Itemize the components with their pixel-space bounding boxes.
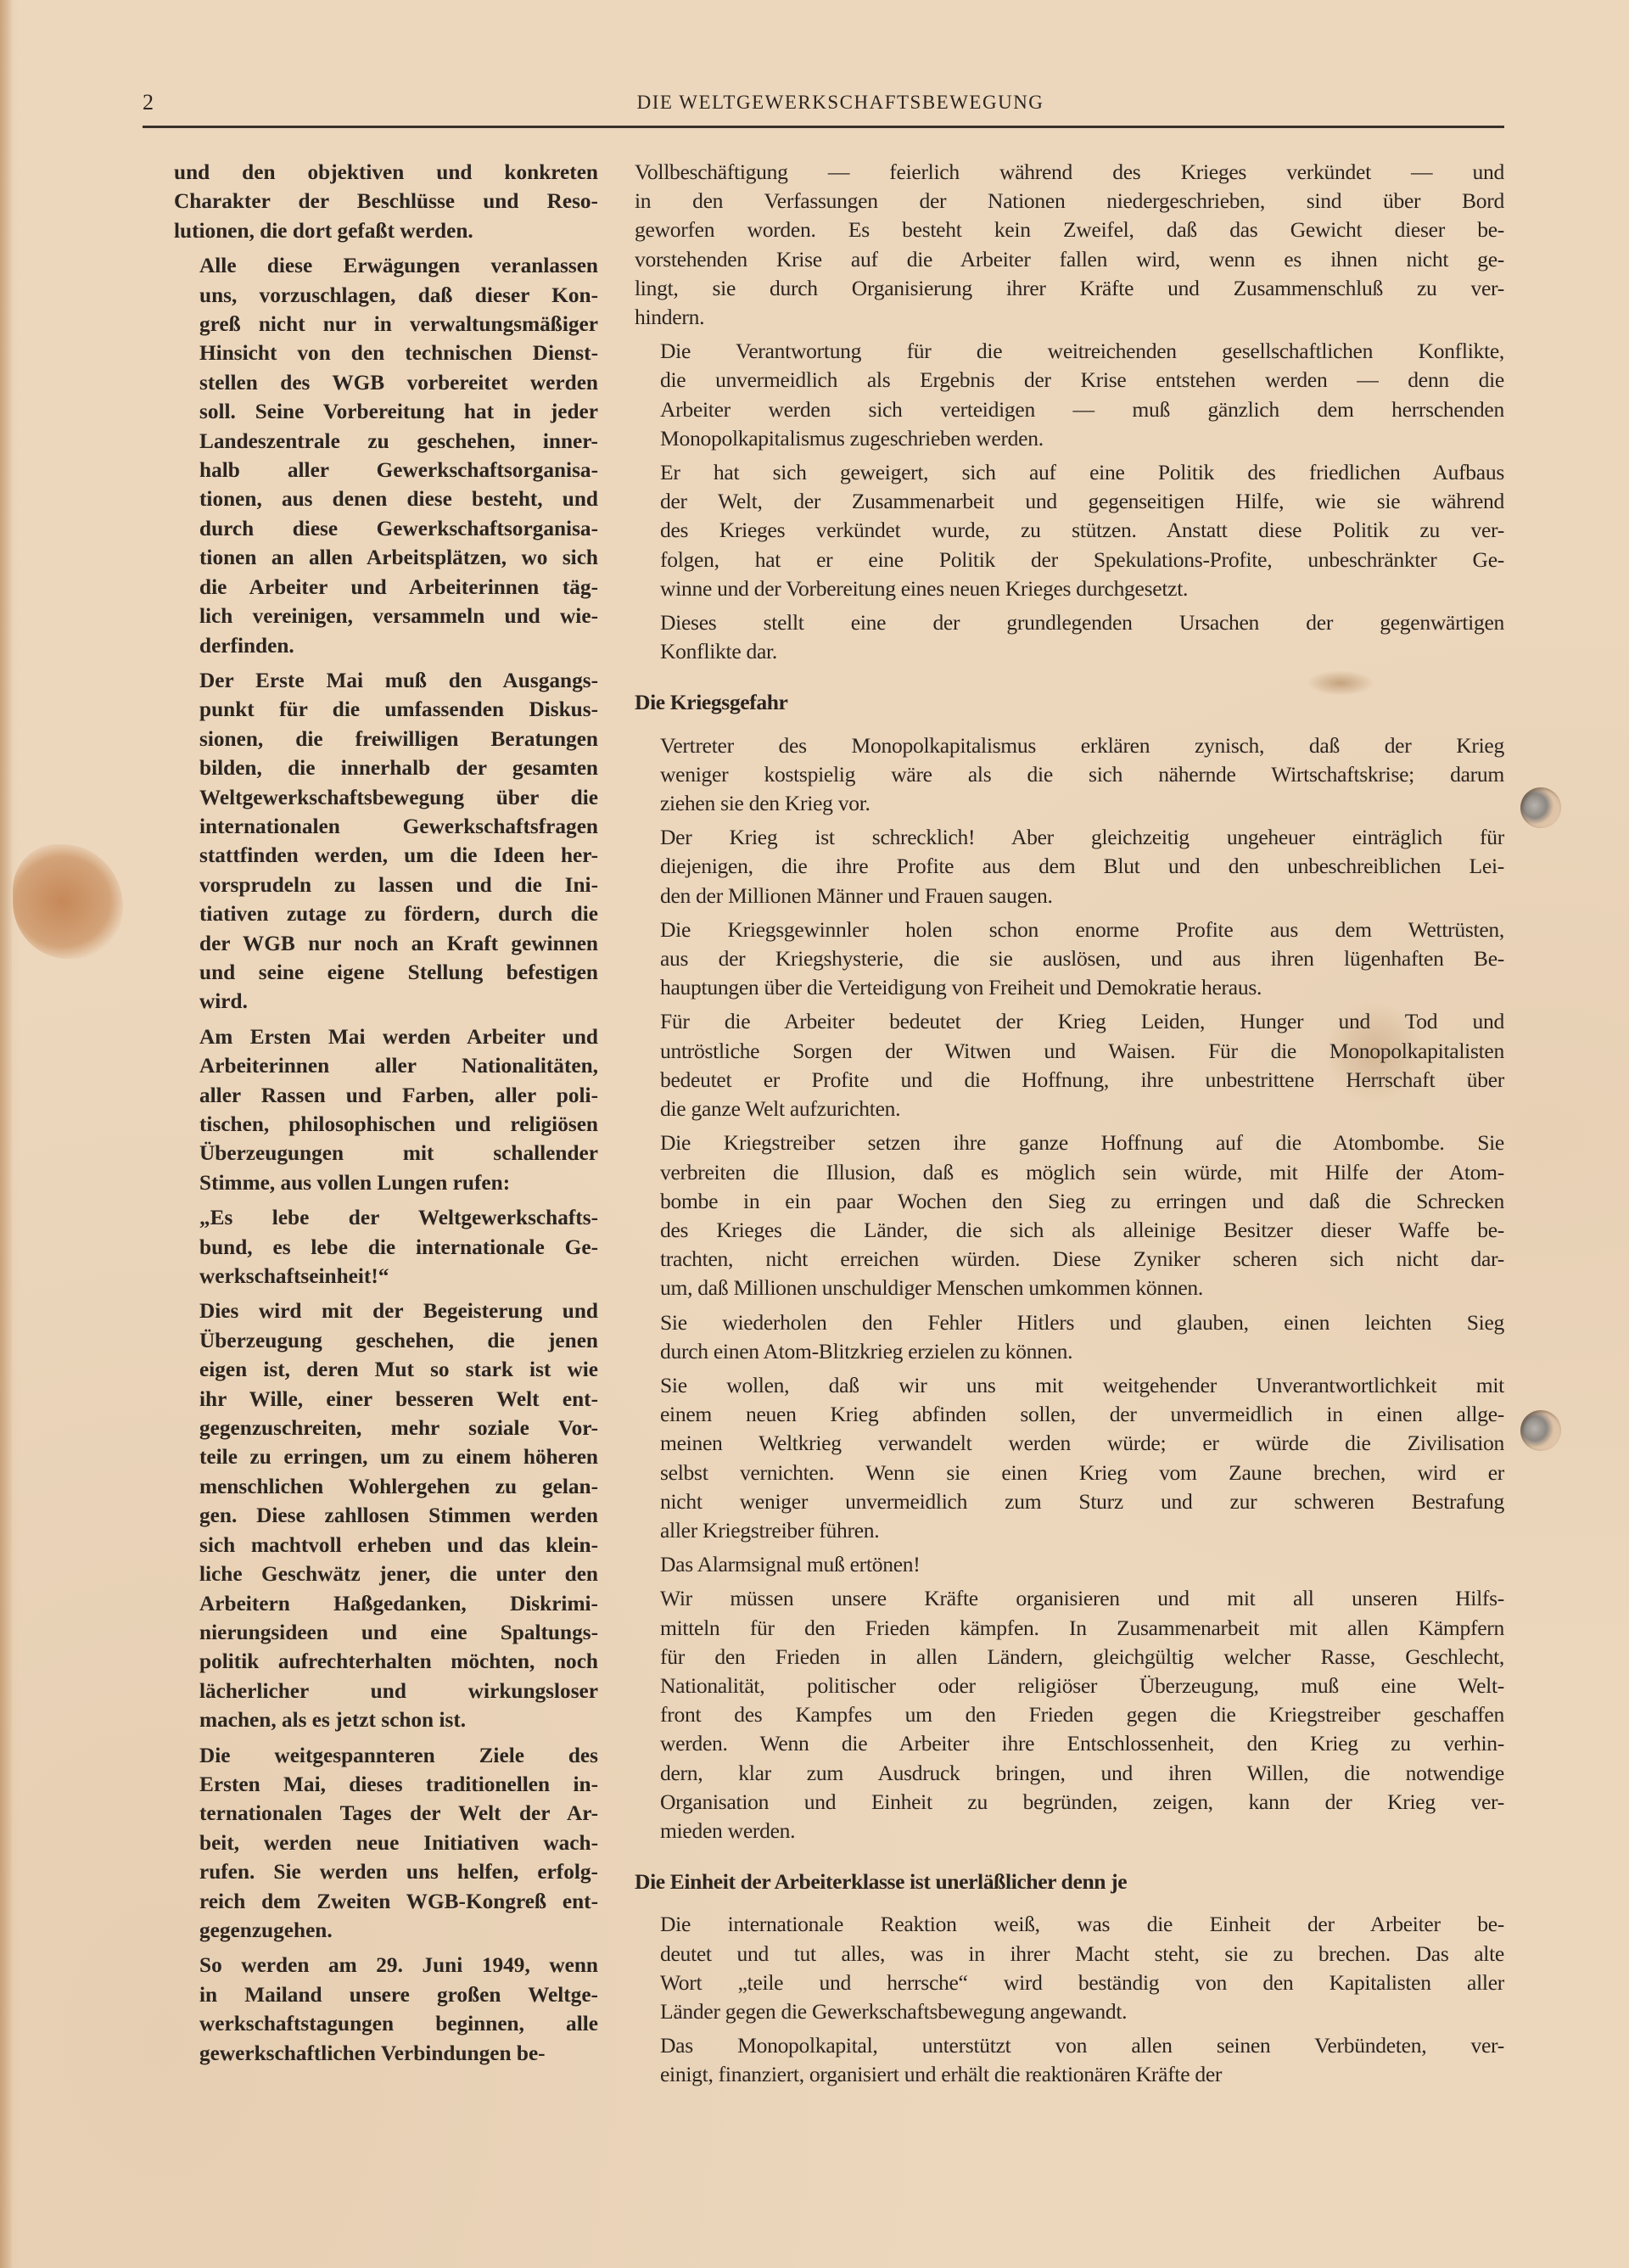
paragraph: So werden am 29. Juni 1949, wennin Maila…: [174, 1951, 598, 2068]
text-line: Überzeugungen mit schallender: [174, 1139, 598, 1168]
text-line: derfinden.: [174, 631, 598, 660]
paragraph: Für die Arbeiter bedeutet der Krieg Leid…: [635, 1007, 1504, 1123]
text-line: gewerkschaftlichen Verbindungen be-: [174, 2039, 598, 2068]
text-line: werden. Wenn die Arbeiter ihre Entschlos…: [635, 1729, 1504, 1758]
text-line: Die weitgespannteren Ziele des: [174, 1741, 598, 1770]
paragraph: und den objektiven und konkretenCharakte…: [174, 158, 598, 245]
text-line: Die Kriegsgewinnler holen schon enorme P…: [635, 916, 1504, 944]
paragraph: Die Verantwortung für die weitreichenden…: [635, 337, 1504, 453]
text-line: reich dem Zweiten WGB-Kongreß ent-: [174, 1887, 598, 1916]
text-line: der WGB nur noch an Kraft gewinnen: [174, 929, 598, 958]
paragraph: Vollbeschäftigung — feierlich während de…: [635, 158, 1504, 332]
text-line: beit, werden neue Initiativen wach-: [174, 1828, 598, 1857]
text-line: Die Verantwortung für die weitreichenden…: [635, 337, 1504, 366]
text-line: liche Geschwätz jener, die unter den: [174, 1560, 598, 1588]
text-line: tionen, aus denen diese besteht, und: [174, 484, 598, 513]
text-line: in den Verfassungen der Nationen niederg…: [635, 187, 1504, 216]
text-line: um, daß Millionen unschuldiger Menschen …: [635, 1274, 1504, 1302]
text-line: internationalen Gewerkschaftsfragen: [174, 812, 598, 841]
text-line: Nationalität, politischer oder religiöse…: [635, 1672, 1504, 1700]
text-line: Wort „teile und herrsche“ wird beständig…: [635, 1968, 1504, 1997]
text-line: Der Erste Mai muß den Ausgangs-: [174, 666, 598, 695]
text-line: teile zu erringen, um zu einem höheren: [174, 1442, 598, 1471]
text-line: hauptungen über die Verteidigung von Fre…: [635, 973, 1504, 1002]
text-line: Ersten Mai, dieses traditionellen in-: [174, 1770, 598, 1799]
text-line: Für die Arbeiter bedeutet der Krieg Leid…: [635, 1007, 1504, 1036]
text-line: Organisation und Einheit zu begründen, z…: [635, 1788, 1504, 1817]
text-line: bilden, die innerhalb der gesamten: [174, 753, 598, 782]
text-line: durch diese Gewerkschaftsorganisa-: [174, 514, 598, 543]
text-line: gegenzuschreiten, mehr soziale Vor-: [174, 1414, 598, 1442]
text-line: front des Kampfes um den Frieden gegen d…: [635, 1700, 1504, 1729]
text-line: stellen des WGB vorbereitet werden: [174, 368, 598, 397]
text-line: verbreiten die Illusion, daß es möglich …: [635, 1158, 1504, 1187]
text-line: machen, als es jetzt schon ist.: [174, 1705, 598, 1734]
paragraph: Das Alarmsignal muß ertönen!: [635, 1550, 1504, 1579]
text-line: Überzeugung geschehen, die jenen: [174, 1326, 598, 1355]
text-line: Konflikte dar.: [635, 637, 1504, 666]
text-line: vorsprudeln zu lassen und die Ini-: [174, 871, 598, 899]
text-line: Dies wird mit der Begeisterung und: [174, 1296, 598, 1325]
text-line: aller Rassen und Farben, aller poli-: [174, 1081, 598, 1110]
right-column: Vollbeschäftigung — feierlich während de…: [635, 158, 1504, 2095]
text-line: mitteln für den Frieden kämpfen. In Zusa…: [635, 1614, 1504, 1643]
text-line: und seine eigene Stellung befestigen: [174, 958, 598, 987]
text-line: vorstehenden Krise auf die Arbeiter fall…: [635, 245, 1504, 274]
text-line: selbst vernichten. Wenn sie einen Krieg …: [635, 1459, 1504, 1487]
paragraph: „Es lebe der Weltgewerkschafts-bund, es …: [174, 1203, 598, 1291]
text-line: geworfen worden. Es besteht kein Zweifel…: [635, 216, 1504, 244]
text-line: werkschaftseinheit!“: [174, 1262, 598, 1291]
text-line: halb aller Gewerkschaftsorganisa-: [174, 456, 598, 484]
text-line: tischen, philosophischen und religiösen: [174, 1110, 598, 1139]
text-line: Monopolkapitalismus zugeschrieben werden…: [635, 424, 1504, 453]
text-line: wird.: [174, 987, 598, 1016]
text-line: Länder gegen die Gewerkschaftsbewegung a…: [635, 1997, 1504, 2026]
paragraph: Dies wird mit der Begeisterung undÜberze…: [174, 1296, 598, 1734]
text-line: lächerlicher und wirkungsloser: [174, 1677, 598, 1705]
text-line: Wir müssen unsere Kräfte organisieren un…: [635, 1584, 1504, 1613]
text-line: Das Alarmsignal muß ertönen!: [635, 1550, 1504, 1579]
text-line: winne und der Vorbereitung eines neuen K…: [635, 574, 1504, 603]
text-line: ihr Wille, einer besseren Welt ent-: [174, 1385, 598, 1414]
paragraph: Wir müssen unsere Kräfte organisieren un…: [635, 1584, 1504, 1845]
text-line: den der Millionen Männer und Frauen saug…: [635, 882, 1504, 910]
text-line: durch einen Atom-Blitzkrieg erzielen zu …: [635, 1337, 1504, 1366]
paragraph: Am Ersten Mai werden Arbeiter undArbeite…: [174, 1022, 598, 1197]
paragraph: Die Kriegsgewinnler holen schon enorme P…: [635, 916, 1504, 1003]
text-line: Das Monopolkapital, unterstützt von alle…: [635, 2031, 1504, 2060]
text-line: lingt, sie durch Organisierung ihrer Krä…: [635, 274, 1504, 303]
section-heading: Die Einheit der Arbeiterklasse ist unerl…: [635, 1868, 1504, 1896]
text-line: menschlichen Wohlergehen zu gelan-: [174, 1472, 598, 1501]
paragraph: Alle diese Erwägungen veranlassenuns, vo…: [174, 251, 598, 660]
text-line: die Arbeiter und Arbeiterinnen täg-: [174, 573, 598, 602]
paragraph: Der Erste Mai muß den Ausgangs-punkt für…: [174, 666, 598, 1016]
text-line: hindern.: [635, 303, 1504, 332]
text-line: werkschaftstagungen beginnen, alle: [174, 2009, 598, 2038]
punch-hole: [1520, 1410, 1561, 1451]
text-line: tionen an allen Arbeitsplätzen, wo sich: [174, 543, 598, 572]
text-line: uns, vorzuschlagen, daß dieser Kon-: [174, 281, 598, 310]
text-line: dern, klar zum Ausdruck bringen, und ihr…: [635, 1759, 1504, 1788]
text-line: Er hat sich geweigert, sich auf eine Pol…: [635, 458, 1504, 487]
section-heading: Die Kriegsgefahr: [635, 688, 1504, 717]
text-line: punkt für die umfassenden Diskus-: [174, 695, 598, 724]
paragraph: Der Krieg ist schrecklich! Aber gleichze…: [635, 823, 1504, 910]
page-edge-shadow: [0, 0, 12, 2268]
text-line: untröstliche Sorgen der Witwen und Waise…: [635, 1037, 1504, 1066]
text-line: Vollbeschäftigung — feierlich während de…: [635, 158, 1504, 187]
text-line: So werden am 29. Juni 1949, wenn: [174, 1951, 598, 1980]
running-head: 2 DIE WELTGEWERKSCHAFTSBEWEGUNG: [143, 87, 1504, 120]
journal-title: DIE WELTGEWERKSCHAFTSBEWEGUNG: [143, 92, 1504, 114]
text-line: bund, es lebe die internationale Ge-: [174, 1233, 598, 1262]
text-line: lutionen, die dort gefaßt werden.: [174, 216, 598, 245]
text-line: aller Kriegstreiber führen.: [635, 1516, 1504, 1545]
text-line: Stimme, aus vollen Lungen rufen:: [174, 1168, 598, 1197]
paragraph: Die weitgespannteren Ziele desErsten Mai…: [174, 1741, 598, 1946]
text-line: greß nicht nur in verwaltungsmäßiger: [174, 310, 598, 339]
text-line: Weltgewerkschaftsbewegung über die: [174, 783, 598, 812]
text-line: einigt, finanziert, organisiert und erhä…: [635, 2060, 1504, 2089]
text-line: sich machtvoll erheben und das klein-: [174, 1531, 598, 1560]
text-line: mieden werden.: [635, 1817, 1504, 1845]
text-line: folgen, hat er eine Politik der Spekulat…: [635, 546, 1504, 574]
text-line: für den Frieden in allen Ländern, gleich…: [635, 1643, 1504, 1672]
text-line: und den objektiven und konkreten: [174, 158, 598, 187]
text-line: politik aufrechterhalten möchten, noch: [174, 1647, 598, 1676]
text-line: Arbeiter werden sich verteidigen — muß g…: [635, 395, 1504, 424]
text-line: Alle diese Erwägungen veranlassen: [174, 251, 598, 280]
text-line: gen. Diese zahllosen Stimmen werden: [174, 1501, 598, 1530]
paragraph: Sie wiederholen den Fehler Hitlers und g…: [635, 1308, 1504, 1366]
text-line: Die Kriegstreiber setzen ihre ganze Hoff…: [635, 1128, 1504, 1157]
text-line: Charakter der Beschlüsse und Reso-: [174, 187, 598, 216]
text-line: tiativen zutage zu fördern, durch die: [174, 899, 598, 928]
text-line: diejenigen, die ihre Profite aus dem Blu…: [635, 852, 1504, 881]
text-line: lich vereinigen, versammeln und wie-: [174, 602, 598, 630]
text-line: weniger kostspielig wäre als die sich nä…: [635, 760, 1504, 789]
text-line: gegenzugehen.: [174, 1916, 598, 1945]
text-line: Sie wiederholen den Fehler Hitlers und g…: [635, 1308, 1504, 1337]
text-line: Arbeiterinnen aller Nationalitäten,: [174, 1051, 598, 1080]
text-line: eigen ist, deren Mut so stark ist wie: [174, 1355, 598, 1384]
text-line: Dieses stellt eine der grundlegenden Urs…: [635, 608, 1504, 637]
text-line: deutet und tut alles, was in ihrer Macht…: [635, 1940, 1504, 1968]
text-line: trachten, nicht erreichen würden. Diese …: [635, 1245, 1504, 1274]
text-line: rufen. Sie werden uns helfen, erfolg-: [174, 1857, 598, 1886]
paragraph: Das Monopolkapital, unterstützt von alle…: [635, 2031, 1504, 2089]
text-line: einem neuen Krieg abfinden sollen, der u…: [635, 1400, 1504, 1429]
text-line: Vertreter des Monopolkapitalismus erklär…: [635, 731, 1504, 760]
text-line: soll. Seine Vorbereitung hat in jeder: [174, 397, 598, 426]
text-line: stattfinden werden, um die Ideen her-: [174, 841, 598, 870]
text-line: bombe in ein paar Wochen den Sieg zu err…: [635, 1187, 1504, 1216]
text-line: aus der Kriegshysterie, die sie auslösen…: [635, 944, 1504, 973]
text-line: sionen, die freiwilligen Beratungen: [174, 725, 598, 753]
text-line: des Krieges verkündet wurde, zu stützen.…: [635, 516, 1504, 545]
text-line: des Krieges die Länder, die sich als all…: [635, 1216, 1504, 1245]
paragraph: Vertreter des Monopolkapitalismus erklär…: [635, 731, 1504, 819]
text-line: Die internationale Reaktion weiß, was di…: [635, 1910, 1504, 1939]
text-line: ziehen sie den Krieg vor.: [635, 789, 1504, 818]
header-rule: [143, 126, 1504, 128]
text-line: die unvermeidlich als Ergebnis der Krise…: [635, 366, 1504, 395]
text-line: der Welt, der Zusammenarbeit und gegense…: [635, 487, 1504, 516]
text-line: nierungsideen und eine Spaltungs-: [174, 1618, 598, 1647]
water-stain: [13, 844, 123, 959]
paragraph: Dieses stellt eine der grundlegenden Urs…: [635, 608, 1504, 666]
text-line: in Mailand unsere großen Weltge-: [174, 1980, 598, 2009]
text-line: Der Krieg ist schrecklich! Aber gleichze…: [635, 823, 1504, 852]
punch-hole: [1520, 787, 1561, 828]
paragraph: Die internationale Reaktion weiß, was di…: [635, 1910, 1504, 2026]
text-line: bedeutet er Profite und die Hoffnung, ih…: [635, 1066, 1504, 1095]
text-line: Am Ersten Mai werden Arbeiter und: [174, 1022, 598, 1051]
left-column: und den objektiven und konkretenCharakte…: [174, 158, 598, 2074]
paragraph: Sie wollen, daß wir uns mit weitgehender…: [635, 1371, 1504, 1545]
text-line: meinen Weltkrieg verwandelt werden würde…: [635, 1429, 1504, 1458]
text-line: nicht weniger unvermeidlich zum Sturz un…: [635, 1487, 1504, 1516]
text-line: Hinsicht von den technischen Dienst-: [174, 339, 598, 367]
text-line: Arbeitern Haßgedanken, Diskrimi-: [174, 1589, 598, 1618]
text-line: ternationalen Tages der Welt der Ar-: [174, 1799, 598, 1828]
text-line: Sie wollen, daß wir uns mit weitgehender…: [635, 1371, 1504, 1400]
paragraph: Die Kriegstreiber setzen ihre ganze Hoff…: [635, 1128, 1504, 1302]
text-line: Landeszentrale zu geschehen, inner-: [174, 427, 598, 456]
text-line: „Es lebe der Weltgewerkschafts-: [174, 1203, 598, 1232]
text-line: die ganze Welt aufzurichten.: [635, 1095, 1504, 1123]
paragraph: Er hat sich geweigert, sich auf eine Pol…: [635, 458, 1504, 603]
